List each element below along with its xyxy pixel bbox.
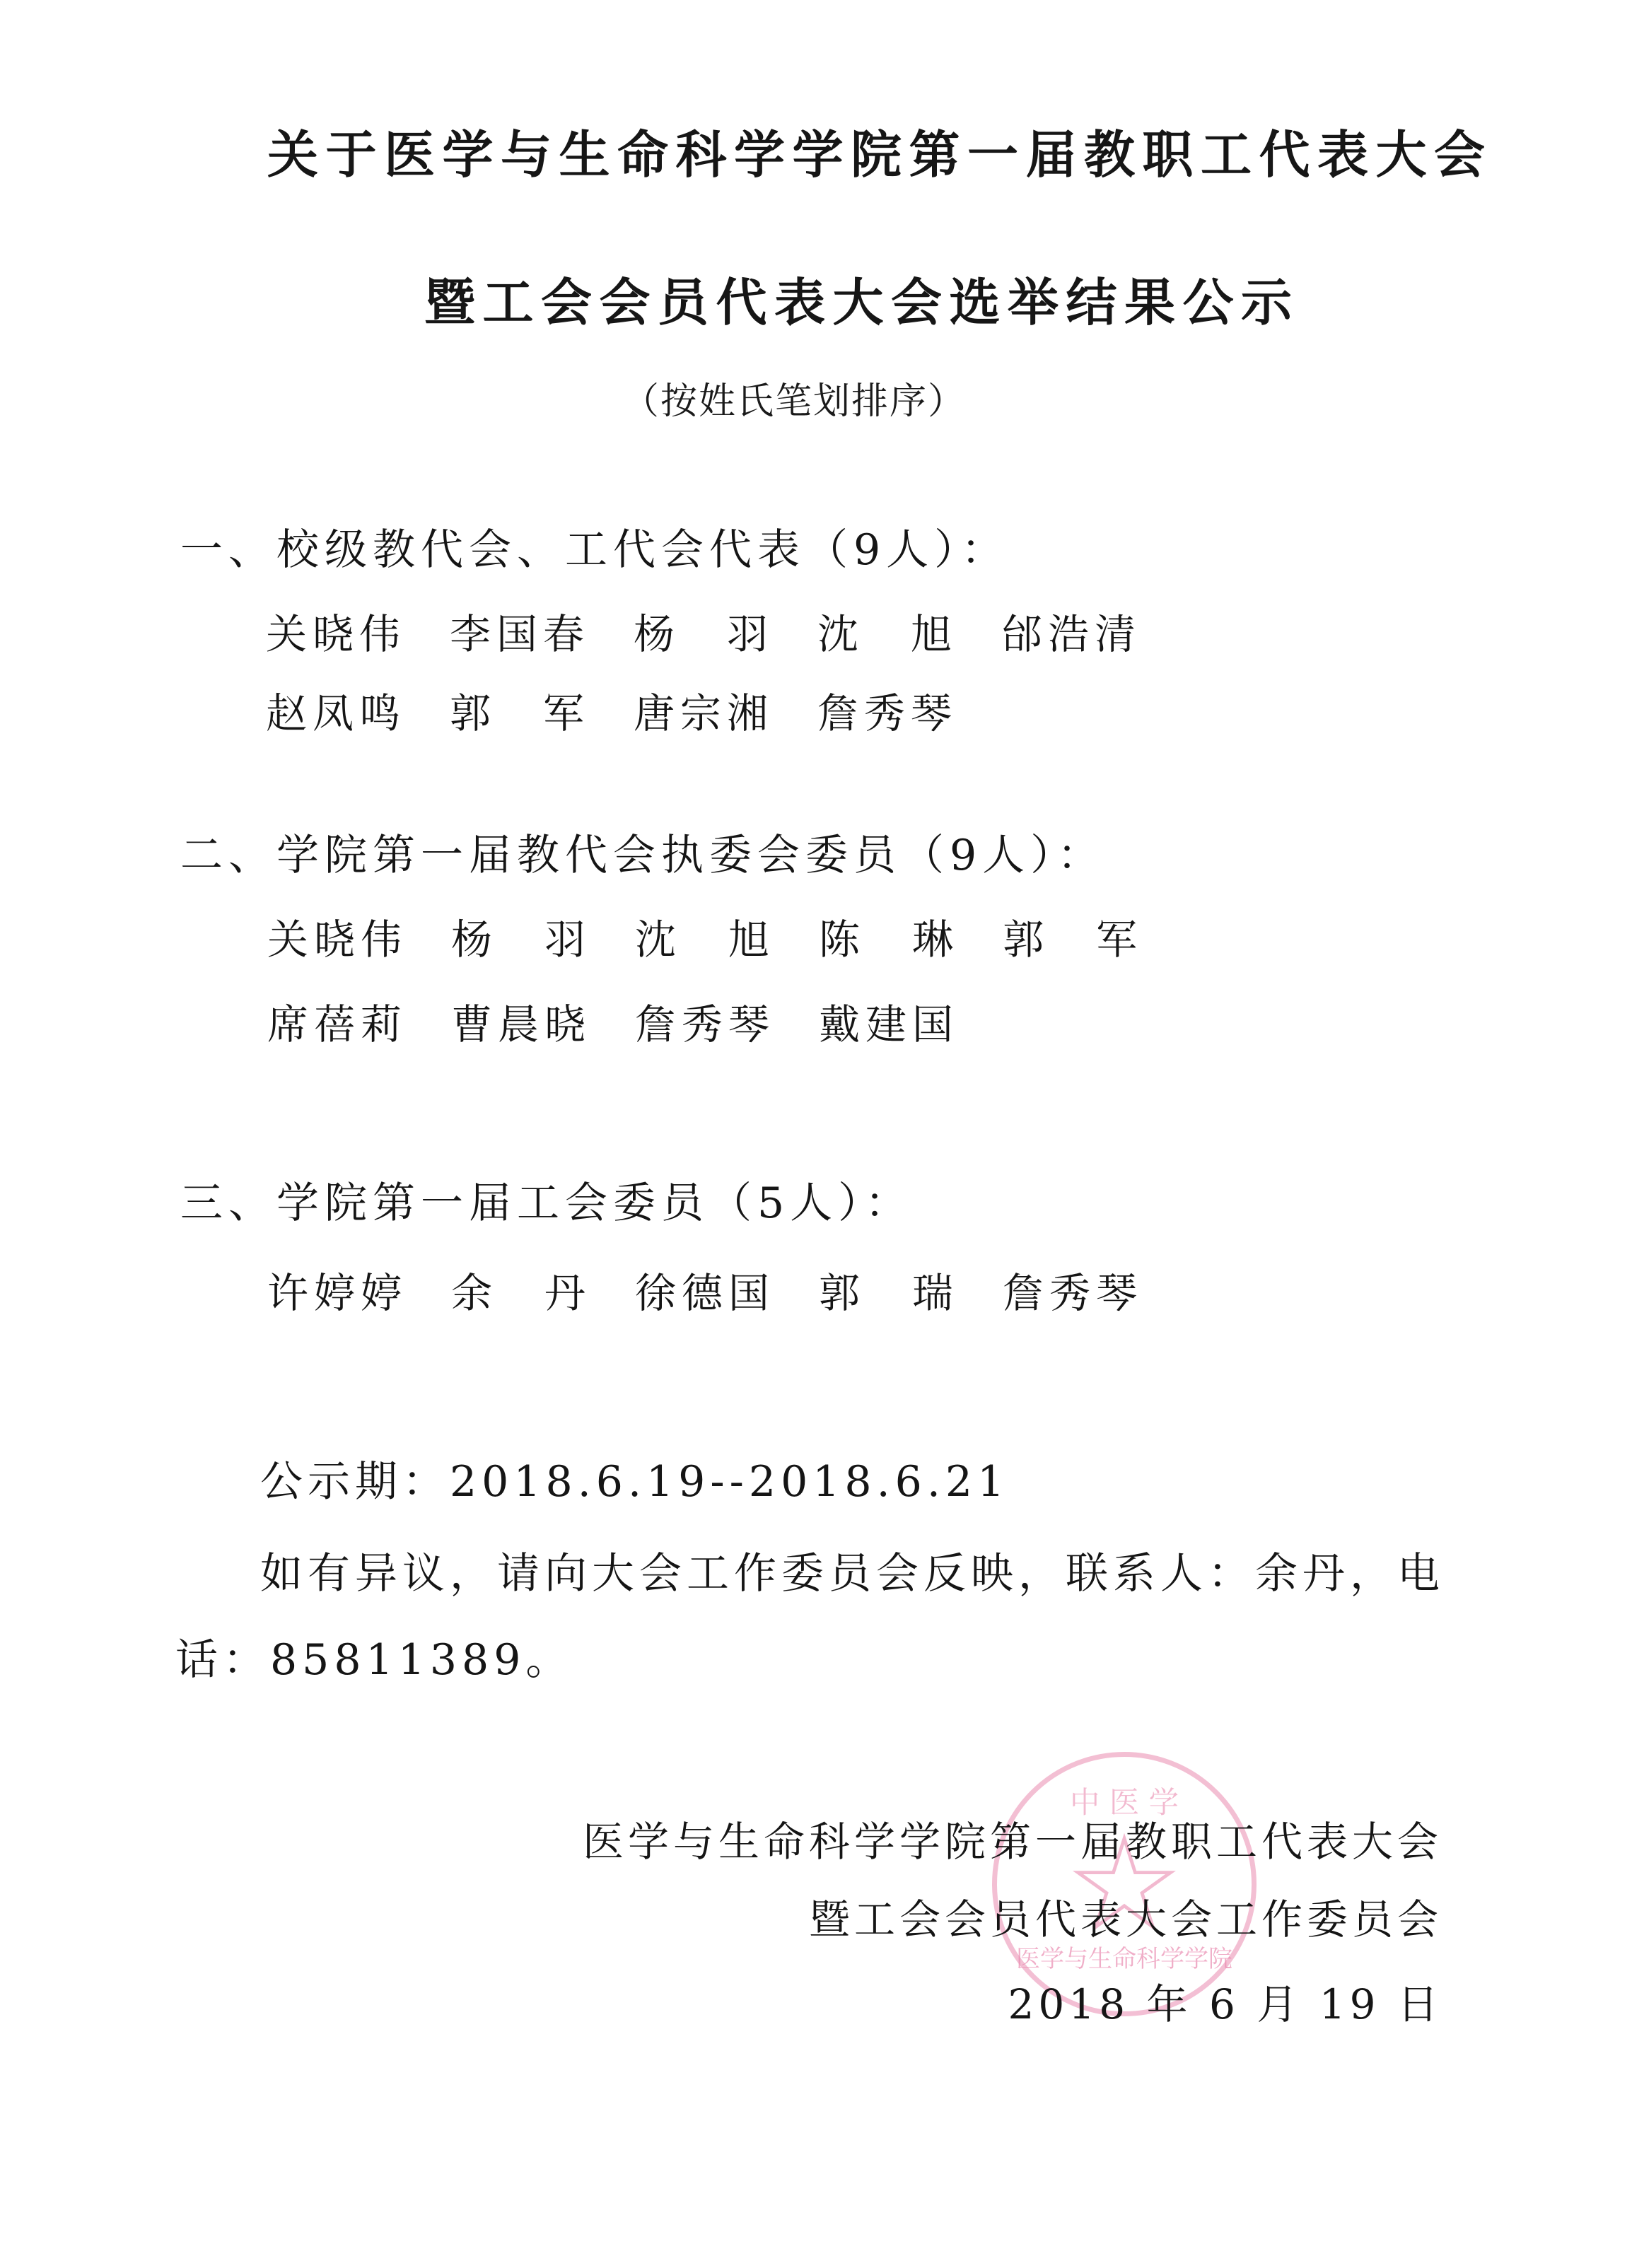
name-item: 席蓓莉 xyxy=(267,1004,407,1045)
name-item: 詹秀琴 xyxy=(817,693,957,734)
name-row: 关晓伟 李国春 杨 羽 沈 旭 邰浩清 xyxy=(266,614,1185,655)
name-item: 关晓伟 xyxy=(267,919,407,960)
notice-objection-line1: 如有异议，请向大会工作委员会反映，联系人：余丹，电 xyxy=(260,1553,1445,1595)
document-title-line2: 暨工会会员代表大会选举结果公示 xyxy=(424,277,1300,328)
section-heading: 二、学院第一届教代会执委会委员（9人）： xyxy=(180,834,1105,877)
signature-org-line2: 暨工会会员代表大会工作委员会 xyxy=(809,1899,1442,1940)
name-item: 沈 旭 xyxy=(635,919,775,960)
name-item: 郭 瑞 xyxy=(819,1273,959,1314)
notice-objection-line2: 话：85811389。 xyxy=(175,1639,573,1681)
name-item: 郭 军 xyxy=(450,693,590,734)
name-item: 许婷婷 xyxy=(267,1273,407,1314)
section-heading: 三、学院第一届工会委员（5人）： xyxy=(180,1182,913,1224)
name-row: 许婷婷 余 丹 徐德国 郭 瑞 詹秀琴 xyxy=(267,1273,1187,1314)
name-item: 关晓伟 xyxy=(266,614,406,655)
name-row: 赵凤鸣 郭 军 唐宗湘 詹秀琴 xyxy=(266,693,1001,734)
name-item: 陈 琳 xyxy=(819,919,959,960)
name-item: 徐德国 xyxy=(635,1273,775,1314)
name-row: 席蓓莉 曹晨晓 詹秀琴 戴建国 xyxy=(267,1004,1003,1045)
section-heading: 一、校级教代会、工代会代表（9人）： xyxy=(180,529,1009,571)
name-item: 戴建国 xyxy=(819,1004,959,1045)
name-item: 詹秀琴 xyxy=(1003,1273,1143,1314)
official-seal-stamp: 中 医 学 医学与生命科学学院 xyxy=(992,1752,1257,2016)
name-item: 邰浩清 xyxy=(1001,614,1141,655)
name-item: 杨 羽 xyxy=(634,614,774,655)
name-item: 杨 羽 xyxy=(451,919,591,960)
document-title-line1: 关于医学与生命科学学院第一届教职工代表大会 xyxy=(267,129,1493,180)
notice-period: 公示期：2018.6.19--2018.6.21 xyxy=(260,1461,1009,1503)
name-item: 郭 军 xyxy=(1003,919,1143,960)
stamp-top-text: 中 医 学 xyxy=(1070,1785,1179,1820)
name-item: 唐宗湘 xyxy=(634,693,774,734)
name-item: 李国春 xyxy=(450,614,590,655)
name-item: 沈 旭 xyxy=(817,614,957,655)
signature-org-line1: 医学与生命科学学院第一届教职工代表大会 xyxy=(583,1821,1442,1862)
star-icon: 中 医 学 xyxy=(997,1757,1252,2011)
stamp-bottom-text: 医学与生命科学学院 xyxy=(997,1939,1252,1974)
name-item: 詹秀琴 xyxy=(635,1004,775,1045)
name-item: 曹晨晓 xyxy=(451,1004,591,1045)
name-item: 余 丹 xyxy=(451,1273,591,1314)
document-subtitle: （按姓氏笔划排序） xyxy=(622,383,966,420)
signature-date: 2018 年 6 月 19 日 xyxy=(1008,1984,1443,2025)
name-row: 关晓伟 杨 羽 沈 旭 陈 琳 郭 军 xyxy=(267,919,1187,960)
name-item: 赵凤鸣 xyxy=(266,693,406,734)
